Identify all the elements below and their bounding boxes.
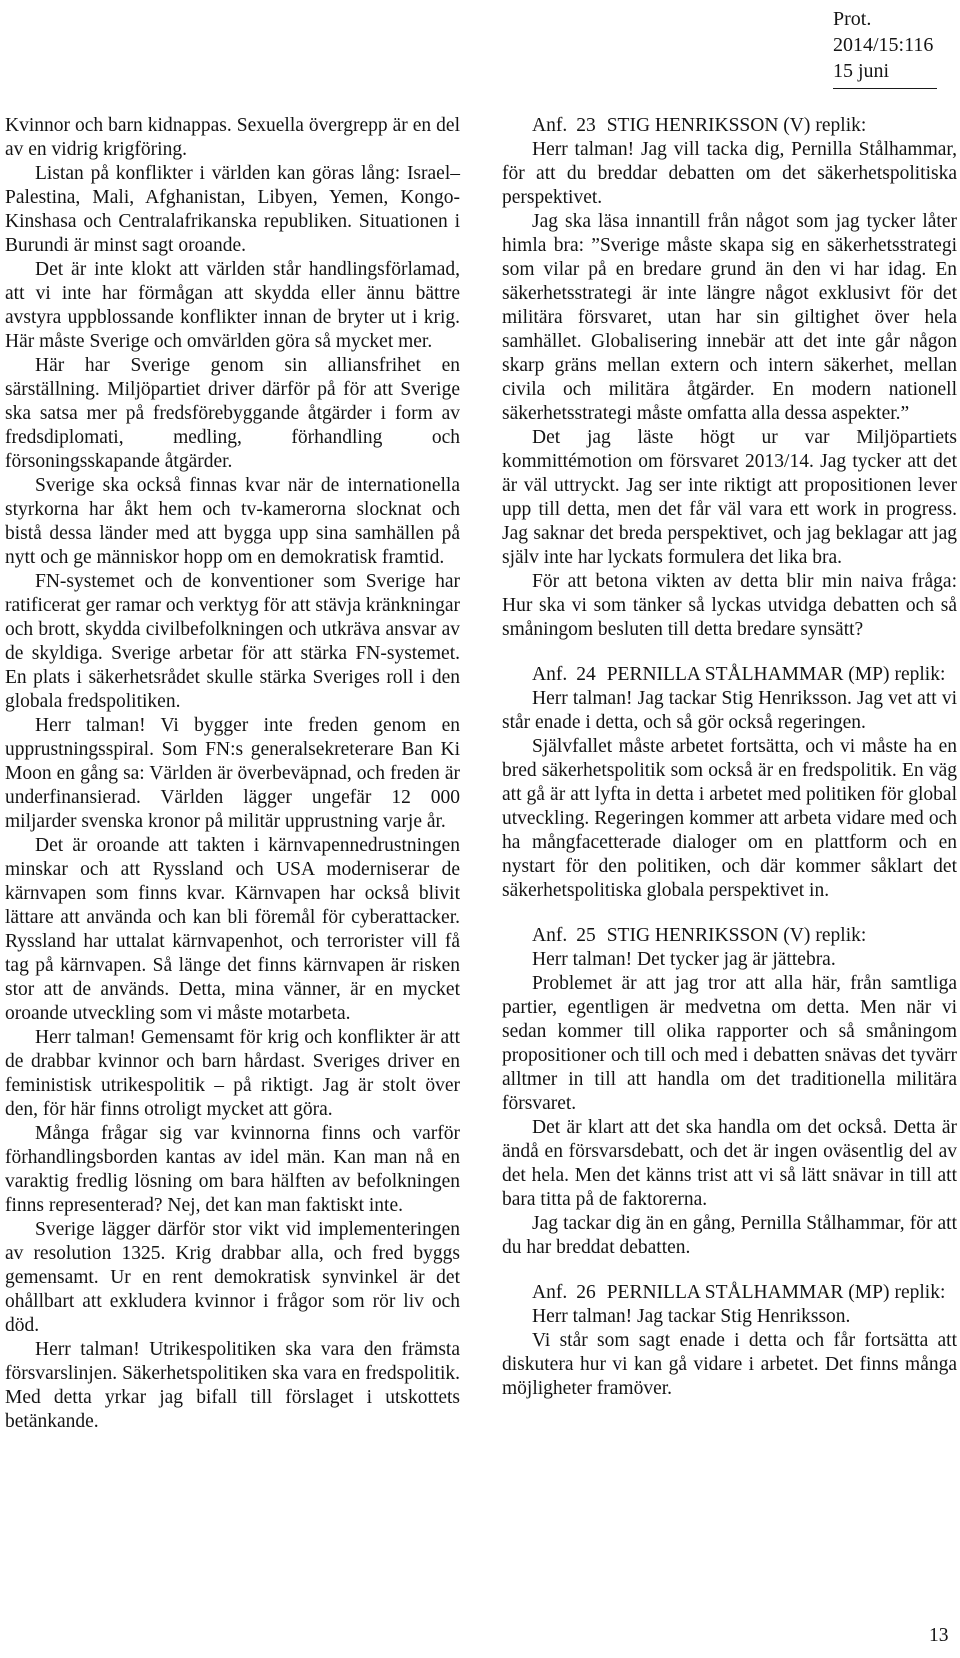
protocol-date: 15 juni (833, 58, 933, 84)
speech-number: 26 (576, 1282, 596, 1303)
speech-header: Anf.25STIG HENRIKSSON (V)replik: (532, 924, 957, 948)
paragraph: Det är klart att det ska handla om det o… (502, 1116, 957, 1212)
paragraph: Herr talman! Jag tackar Stig Henriksson. (502, 1305, 957, 1329)
header-divider (833, 88, 937, 89)
left-column: Kvinnor och barn kidnappas. Sexuella öve… (5, 114, 460, 1434)
paragraph: Herr talman! Jag vill tacka dig, Pernill… (502, 138, 957, 210)
paragraph: Problemet är att jag tror att alla här, … (502, 972, 957, 1116)
protocol-number: 2014/15:116 (833, 32, 933, 58)
protocol-header-title: Prot. (833, 6, 933, 32)
paragraph: Det jag läste högt ur var Miljöpartiets … (502, 426, 957, 570)
paragraph: Herr talman! Gemensamt för krig och konf… (5, 1026, 460, 1122)
paragraph: Listan på konflikter i världen kan göras… (5, 162, 460, 258)
paragraph: Herr talman! Jag tackar Stig Henriksson.… (502, 687, 957, 735)
speech-label: Anf. (532, 115, 567, 136)
paragraph: Det är oroande att takten i kärnvapenned… (5, 834, 460, 1026)
speech-label: Anf. (532, 664, 567, 685)
paragraph: För att betona vikten av detta blir min … (502, 570, 957, 642)
paragraph: Kvinnor och barn kidnappas. Sexuella öve… (5, 114, 460, 162)
speech-suffix: replik: (894, 1282, 945, 1303)
speaker-name: PERNILLA STÅLHAMMAR (MP) (607, 1282, 890, 1303)
speech-suffix: replik: (815, 925, 866, 946)
paragraph: FN-systemet och de konventioner som Sver… (5, 570, 460, 714)
paragraph: Jag tackar dig än en gång, Pernilla Stål… (502, 1212, 957, 1260)
protocol-header: Prot. 2014/15:116 15 juni (833, 6, 933, 84)
paragraph: Sverige ska också finnas kvar när de int… (5, 474, 460, 570)
paragraph: Många frågar sig var kvinnorna finns och… (5, 1122, 460, 1218)
speech-header: Anf.24PERNILLA STÅLHAMMAR (MP)replik: (532, 663, 957, 687)
paragraph: Jag ska läsa innantill från något som ja… (502, 210, 957, 426)
speaker-name: PERNILLA STÅLHAMMAR (MP) (607, 664, 890, 685)
paragraph: Sverige lägger därför stor vikt vid impl… (5, 1218, 460, 1338)
speech-label: Anf. (532, 925, 567, 946)
speech-number: 23 (576, 115, 596, 136)
paragraph: Självfallet måste arbetet fortsätta, och… (502, 735, 957, 903)
paragraph: Här har Sverige genom sin alliansfrihet … (5, 354, 460, 474)
speech-header: Anf.23STIG HENRIKSSON (V)replik: (532, 114, 957, 138)
page-number: 13 (929, 1624, 949, 1648)
paragraph: Vi står som sagt enade i detta och får f… (502, 1329, 957, 1401)
speech-suffix: replik: (894, 664, 945, 685)
speech-suffix: replik: (815, 115, 866, 136)
right-column: Anf.23STIG HENRIKSSON (V)replik:Herr tal… (502, 114, 957, 1434)
paragraph: Herr talman! Vi bygger inte freden genom… (5, 714, 460, 834)
speech-number: 25 (576, 925, 596, 946)
speech-header: Anf.26PERNILLA STÅLHAMMAR (MP)replik: (532, 1281, 957, 1305)
speaker-name: STIG HENRIKSSON (V) (607, 115, 811, 136)
speech-number: 24 (576, 664, 596, 685)
speaker-name: STIG HENRIKSSON (V) (607, 925, 811, 946)
paragraph: Herr talman! Det tycker jag är jättebra. (502, 948, 957, 972)
paragraph: Det är inte klokt att världen står handl… (5, 258, 460, 354)
paragraph: Herr talman! Utrikespolitiken ska vara d… (5, 1338, 460, 1434)
protocol-page: Prot. 2014/15:116 15 juni Kvinnor och ba… (0, 0, 960, 1658)
speech-label: Anf. (532, 1282, 567, 1303)
text-columns: Kvinnor och barn kidnappas. Sexuella öve… (5, 114, 957, 1434)
